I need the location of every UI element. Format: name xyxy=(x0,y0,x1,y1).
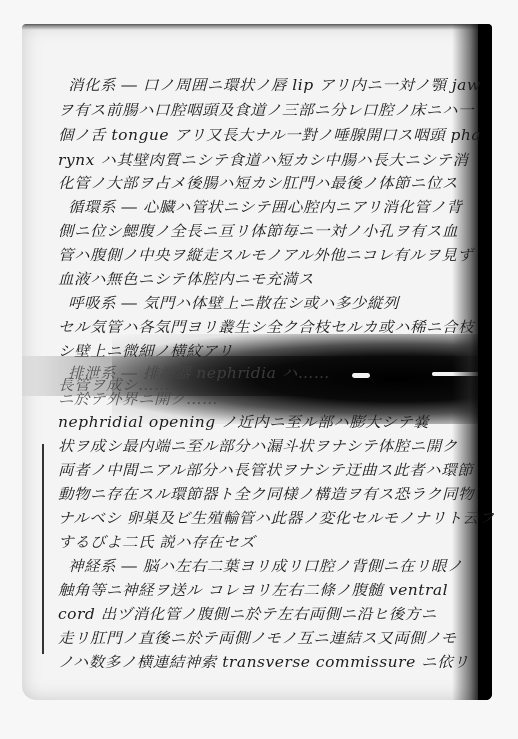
text-line: 動物ニ存在スル環節器ト全ク同様ノ構造ヲ有ス恐ラク同物 xyxy=(58,483,474,504)
text-line: 触角等ニ神経ヲ送ル コレヨリ左右二條ノ腹髄 ventral xyxy=(58,579,448,600)
text-line: 呼吸系 ― 気門ハ体壁上ニ散在シ或ハ多少縦列 xyxy=(68,292,399,313)
page-top-edge xyxy=(22,24,492,30)
text-line: 循環系 ― 心臓ハ管状ニシテ囲心腔内ニアリ消化管ノ背 xyxy=(68,196,462,217)
text-line: 管ハ腹側ノ中央ヲ縦走スルモノアル外他ニコレ有ルヲ見ず xyxy=(58,244,473,265)
text-line: 化管ノ大部ヲ占メ後腸ハ短カシ肛門ハ最後ノ体節ニ位ス xyxy=(58,172,458,193)
text-line: 側ニ位シ鰓腹ノ全長ニ亘リ体節毎ニ一対ノ小孔ヲ有ス血 xyxy=(58,220,458,241)
left-crease xyxy=(42,444,44,654)
text-line: 個ノ舌 tongue アリ又長大ナル一對ノ唾腺開口ス咽頭 pha xyxy=(58,124,481,145)
text-line: 血液ハ無色ニシテ体腔内ニモ充満ス xyxy=(58,268,314,289)
text-line: ノハ数多ノ横連結神索 transverse commissure ニ依リ xyxy=(58,651,469,672)
text-line: ナルベシ 卵巣及ビ生殖輸管ハ此器ノ変化セルモノナリト云フ xyxy=(58,507,495,528)
text-line: 走リ肛門ノ直後ニ於テ両側ノモノ互ニ連結ス又両側ノモ xyxy=(58,627,457,648)
text-line: ニ於テ外界ニ開ク…… xyxy=(58,388,218,409)
text-line: シ壁上ニ微細ノ横紋アリ xyxy=(58,340,233,361)
text-line: nephridial opening ノ近内ニ至ル部ハ膨大シテ嚢 xyxy=(58,411,429,432)
text-line: 両者ノ中間ニアル部分ハ長管状ヲナシテ迂曲ス此者ハ環節 xyxy=(58,459,473,480)
text-line: セル気管ハ各気門ヨリ叢生シ全ク合枝セルカ或ハ稀ニ合枝 xyxy=(58,316,474,337)
text-line: ヲ有ス前腸ハ口腔咽頭及食道ノ三部ニ分レ口腔ノ床ニハ一 xyxy=(58,99,474,120)
text-line: 消化系 ― 口ノ周囲ニ環状ノ唇 lip アリ内ニ一対ノ顎 jaw xyxy=(68,74,481,95)
text-line: 状ヲ成シ最内端ニ至ル部分ハ漏斗状ヲナシテ体腔ニ開ク xyxy=(58,435,458,456)
text-line: 神経系 ― 脳ハ左右二葉ヨリ成リ口腔ノ背側ニ在リ眼ノ xyxy=(68,555,463,576)
fold-highlight xyxy=(352,373,370,378)
text-line: rynx ハ其壁肉質ニシテ食道ハ短カシ中腸ハ長大ニシテ消 xyxy=(58,149,468,170)
text-line: するびよ二氏 説ハ存在セズ xyxy=(58,531,255,552)
text-line: cord 出ヅ消化管ノ腹側ニ於テ左右両側ニ沿ヒ後方ニ xyxy=(58,603,437,624)
